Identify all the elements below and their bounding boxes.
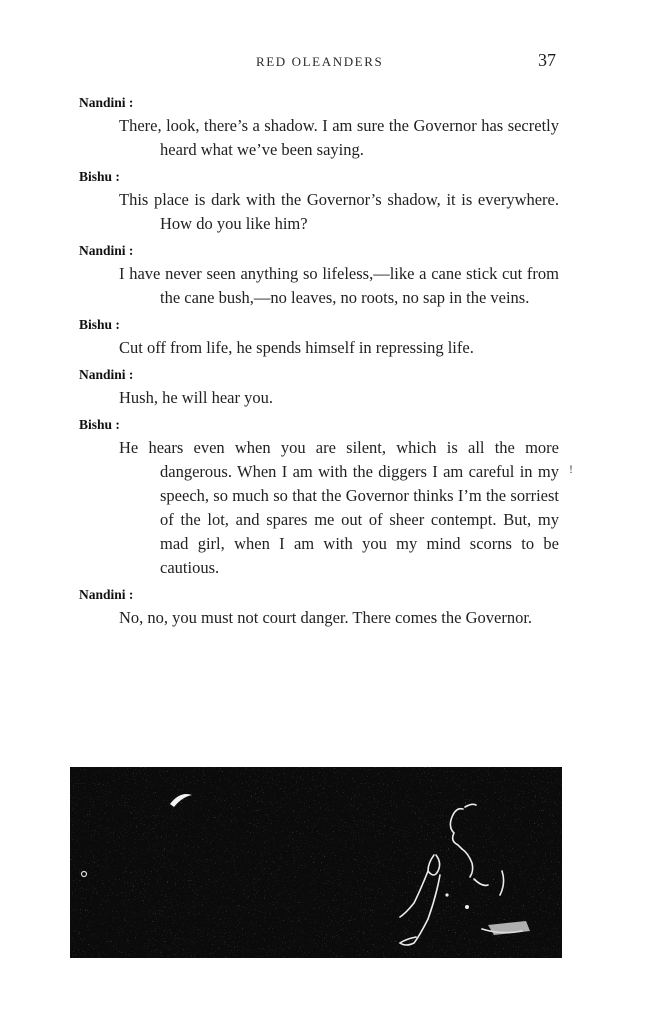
speaker-label: Nandini : bbox=[79, 364, 647, 386]
illustration-artwork bbox=[70, 767, 562, 958]
margin-mark: ! bbox=[569, 462, 573, 477]
dialogue: Nandini : There, look, there’s a shadow.… bbox=[0, 92, 647, 630]
speech-text: No, no, you must not court danger. There… bbox=[160, 606, 559, 630]
speaker-label: Bishu : bbox=[79, 166, 647, 188]
speaker-label: Nandini : bbox=[79, 240, 647, 262]
running-head: RED OLEANDERS 37 bbox=[0, 52, 647, 76]
speech-text: I have never seen anything so lifeless,—… bbox=[160, 262, 559, 310]
speaker-label: Bishu : bbox=[79, 414, 647, 436]
dialogue-turn: Nandini : Hush, he will hear you. bbox=[0, 364, 647, 410]
speaker-label: Nandini : bbox=[79, 584, 647, 606]
speech-text: This place is dark with the Governor’s s… bbox=[160, 188, 559, 236]
speaker-label: Nandini : bbox=[79, 92, 647, 114]
speech-text: Hush, he will hear you. bbox=[160, 386, 559, 410]
woodcut-illustration bbox=[70, 767, 562, 958]
dialogue-turn: Nandini : No, no, you must not court dan… bbox=[0, 584, 647, 630]
dialogue-turn: Nandini : I have never seen anything so … bbox=[0, 240, 647, 310]
dialogue-turn: Nandini : There, look, there’s a shadow.… bbox=[0, 92, 647, 162]
running-title: RED OLEANDERS bbox=[256, 54, 383, 70]
speech-text: He hears even when you are silent, which… bbox=[160, 436, 559, 580]
dialogue-turn: Bishu : He hears even when you are silen… bbox=[0, 414, 647, 580]
dialogue-turn: Bishu : This place is dark with the Gove… bbox=[0, 166, 647, 236]
speaker-label: Bishu : bbox=[79, 314, 647, 336]
dialogue-turn: Bishu : Cut off from life, he spends him… bbox=[0, 314, 647, 360]
speech-text: Cut off from life, he spends himself in … bbox=[160, 336, 559, 360]
page-number: 37 bbox=[538, 50, 556, 71]
speech-text: There, look, there’s a shadow. I am sure… bbox=[160, 114, 559, 162]
